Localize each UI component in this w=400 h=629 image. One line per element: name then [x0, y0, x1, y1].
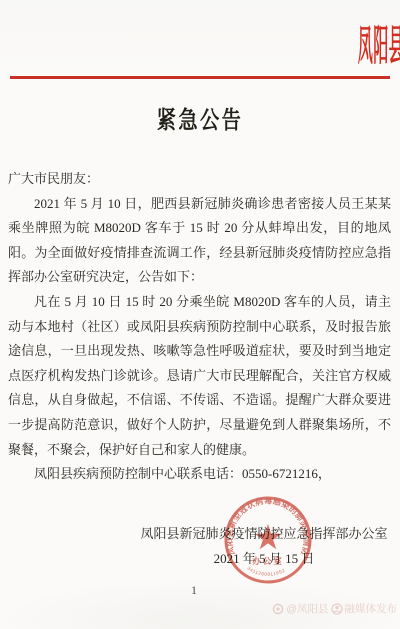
salutation: 广大市民朋友：	[8, 167, 391, 192]
notice-title-row: 紧急公告	[0, 100, 400, 135]
seal-center-label: 办公室	[252, 556, 284, 566]
svg-text:3411260811952: 3411260811952	[246, 566, 286, 577]
official-seal: 凤阳县新型冠状病毒感染的肺炎疫情防控应急指挥部 办公室 341126081195…	[221, 493, 315, 587]
paragraph-2: 凡在 5 月 10 日 15 时 20 分乘坐皖 M8020D 客车的人员，请主…	[8, 290, 391, 462]
seal-serial-number: 3411260811952	[246, 566, 286, 577]
weibo-watermark: @凤阳县 融媒体发布	[272, 601, 397, 616]
notice-title: 紧急公告	[157, 100, 243, 135]
document-page: 凤阳县新型冠状病毒感染的肺炎疫情防控应急指挥部办公室 紧急公告 广大市民朋友： …	[0, 0, 400, 629]
notice-body: 广大市民朋友： 2021 年 5 月 10 日，肥西县新冠肺炎确诊患者密接人员王…	[8, 167, 391, 487]
seal-star-icon	[255, 524, 282, 549]
account-avatar-icon	[331, 603, 343, 615]
page-number: 1	[191, 583, 197, 598]
watermark-account: @凤阳县	[286, 601, 328, 616]
paragraph-1: 2021 年 5 月 10 日，肥西县新冠肺炎确诊患者密接人员王某某乘坐牌照为皖…	[8, 192, 391, 290]
issuing-authority-title: 凤阳县新型冠状病毒感染的肺炎疫情防控应急指挥部办公室	[358, 13, 400, 73]
watermark-suffix: 融媒体发布	[345, 601, 398, 616]
paragraph-3: 凤阳县疾病预防控制中心联系电话：0550-6721216，	[8, 462, 391, 487]
letterhead: 凤阳县新型冠状病毒感染的肺炎疫情防控应急指挥部办公室	[0, 13, 400, 73]
letterhead-divider	[10, 76, 390, 79]
weibo-eye-icon	[272, 603, 284, 615]
